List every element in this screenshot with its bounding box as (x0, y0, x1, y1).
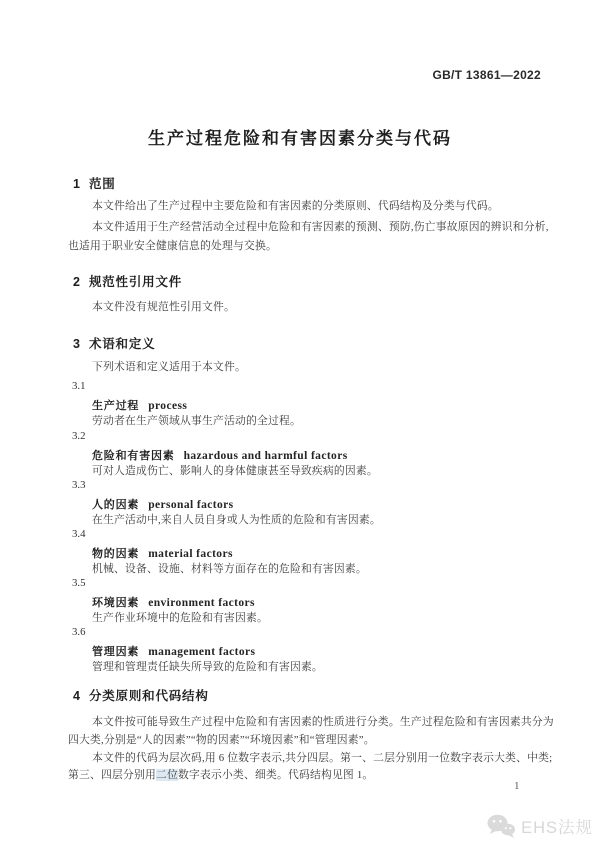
paragraph-line: 下列术语和定义适用于本文件。 (68, 361, 246, 374)
paragraph-line: 也适用于职业安全健康信息的处理与交换。 (68, 240, 277, 253)
term-name: 物的因素material factors (92, 545, 233, 561)
paragraph-line: 四大类,分别是“人的因素”“物的因素”“环境因素”和“管理因素”。 (68, 734, 375, 747)
watermark: EHS法规 (486, 813, 593, 839)
standard-code: GB/T 13861—2022 (432, 68, 541, 82)
section-heading-terms-definitions: 3术语和定义 (68, 334, 155, 352)
section-number: 4 (68, 689, 80, 703)
term-name: 环境因素environment factors (92, 594, 255, 610)
term-name: 人的因素personal factors (92, 496, 234, 512)
term-item: 3.4 物的因素material factors 机械、设备、设施、材料等方面存… (68, 528, 548, 578)
section-number: 2 (68, 275, 80, 289)
term-name: 生产过程process (92, 397, 187, 413)
term-number: 3.2 (72, 430, 86, 442)
term-zh: 危险和有害因素 (92, 450, 175, 462)
term-item: 3.1 生产过程process 劳动者在生产领域从事生产活动的全过程。 (68, 380, 548, 430)
section-heading-normative-references: 2规范性引用文件 (68, 272, 182, 290)
document-page: GB/T 13861—2022 生产过程危险和有害因素分类与代码 1范围 本文件… (0, 0, 600, 848)
term-definition: 在生产活动中,来自人员自身或人为性质的危险和有害因素。 (92, 512, 381, 527)
term-number: 3.1 (72, 380, 86, 392)
term-en: management factors (148, 646, 255, 658)
term-definition: 机械、设备、设施、材料等方面存在的危险和有害因素。 (92, 561, 367, 576)
term-zh: 管理因素 (92, 646, 139, 658)
page-number: 1 (514, 780, 520, 792)
term-number: 3.4 (72, 528, 86, 540)
paragraph-text: 第三、四层分别用 (68, 769, 156, 781)
section-number: 1 (68, 177, 80, 191)
term-number: 3.3 (72, 479, 86, 491)
wechat-icon (486, 813, 516, 839)
page-title: 生产过程危险和有害因素分类与代码 (0, 124, 600, 149)
term-zh: 环境因素 (92, 597, 139, 609)
section-heading-classification-principles: 4分类原则和代码结构 (68, 686, 209, 704)
term-number: 3.6 (72, 626, 86, 638)
term-definition: 劳动者在生产领域从事生产活动的全过程。 (92, 413, 301, 428)
term-en: material factors (148, 548, 233, 560)
term-item: 3.3 人的因素personal factors 在生产活动中,来自人员自身或人… (68, 479, 548, 529)
term-item: 3.6 管理因素management factors 管理和管理责任缺失所导致的… (68, 626, 548, 676)
term-name: 危险和有害因素hazardous and harmful factors (92, 447, 348, 463)
term-name: 管理因素management factors (92, 643, 255, 659)
paragraph-line: 本文件适用于生产经营活动全过程中危险和有害因素的预测、预防,伤亡事故原因的辨识和… (68, 221, 549, 234)
term-zh: 生产过程 (92, 400, 139, 412)
paragraph-line: 本文件按可能导致生产过程中危险和有害因素的性质进行分类。生产过程危险和有害因素共… (68, 716, 554, 729)
term-definition: 生产作业环境中的危险和有害因素。 (92, 610, 268, 625)
paragraph-line: 本文件给出了生产过程中主要危险和有害因素的分类原则、代码结构及分类与代码。 (68, 200, 499, 213)
paragraph-line: 第三、四层分别用二位数字表示小类、细类。代码结构见图 1。 (68, 769, 373, 782)
section-title: 范围 (89, 177, 116, 191)
section-heading-scope: 1范围 (68, 174, 116, 192)
term-item: 3.2 危险和有害因素hazardous and harmful factors… (68, 430, 548, 480)
paragraph-line: 本文件的代码为层次码,用 6 位数字表示,共分四层。第一、二层分别用一位数字表示… (68, 752, 552, 765)
paragraph-text: 数字表示小类、细类。代码结构见图 1。 (178, 769, 373, 781)
term-zh: 物的因素 (92, 548, 139, 560)
term-en: hazardous and harmful factors (184, 450, 348, 462)
watermark-label: EHS法规 (521, 814, 593, 838)
section-title: 规范性引用文件 (89, 275, 182, 289)
term-zh: 人的因素 (92, 499, 139, 511)
highlighted-text: 二位 (156, 769, 178, 781)
term-en: environment factors (148, 597, 255, 609)
paragraph-line: 本文件没有规范性引用文件。 (68, 301, 235, 314)
term-item: 3.5 环境因素environment factors 生产作业环境中的危险和有… (68, 577, 548, 627)
term-number: 3.5 (72, 577, 86, 589)
section-number: 3 (68, 337, 80, 351)
term-en: process (148, 400, 187, 412)
section-title: 分类原则和代码结构 (89, 689, 209, 703)
term-definition: 管理和管理责任缺失所导致的危险和有害因素。 (92, 659, 323, 674)
term-definition: 可对人造成伤亡、影响人的身体健康甚至导致疾病的因素。 (92, 463, 378, 478)
section-title: 术语和定义 (89, 337, 156, 351)
term-en: personal factors (148, 499, 233, 511)
